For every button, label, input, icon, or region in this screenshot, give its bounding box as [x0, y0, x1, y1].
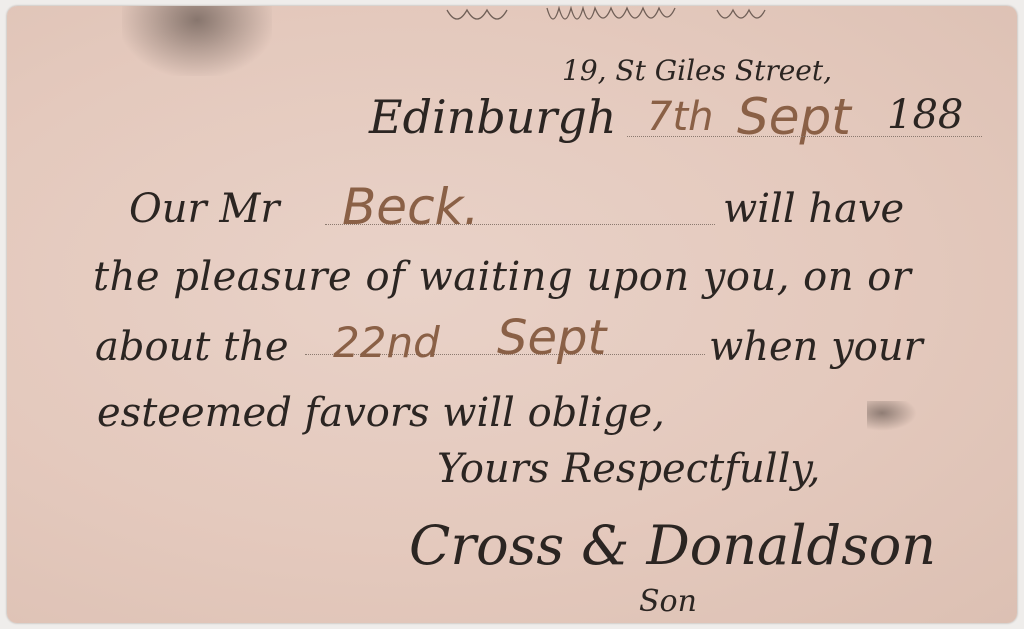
- ink-stain: [122, 6, 272, 76]
- body-line3-suffix: when your: [709, 324, 923, 370]
- street-address: 19, St Giles Street,: [562, 54, 832, 87]
- signature-addition-handwritten: Son: [639, 584, 697, 619]
- ink-scribble-bleed: [437, 6, 837, 34]
- date-day-handwritten: 7th: [647, 94, 713, 140]
- ink-smudge: [867, 401, 917, 431]
- representative-name: Beck.: [342, 178, 479, 236]
- body-line1-suffix: will have: [723, 186, 904, 232]
- body-line4: esteemed favors will oblige,: [97, 390, 665, 436]
- city-name: Edinburgh: [369, 90, 617, 144]
- postcard: 19, St Giles Street, Edinburgh 7th Sept …: [7, 6, 1017, 623]
- visit-date-month: Sept: [497, 310, 606, 366]
- visit-date-day: 22nd: [333, 318, 440, 367]
- closing-salutation: Yours Respectfully,: [437, 446, 820, 492]
- body-line1-prefix: Our Mr: [129, 186, 279, 232]
- body-line3-prefix: about the: [95, 324, 289, 370]
- firm-signature: Cross & Donaldson: [409, 514, 936, 577]
- date-month-handwritten: Sept: [737, 88, 851, 146]
- year-printed: 188: [887, 92, 963, 138]
- body-line2: the pleasure of waiting upon you, on or: [93, 254, 911, 300]
- date-dotted-line: [627, 136, 982, 137]
